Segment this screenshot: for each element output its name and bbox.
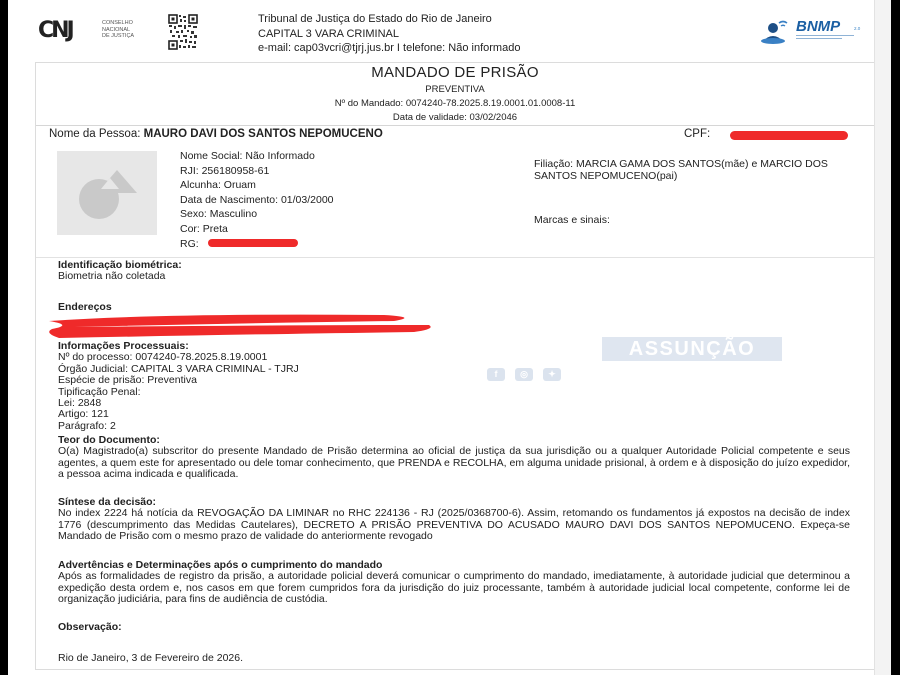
twitter-icon: ✦ bbox=[543, 368, 561, 381]
warrant-validity: Data de validade: 03/02/2046 bbox=[36, 112, 874, 123]
bnmp-logo-subtitle bbox=[796, 35, 854, 40]
cpf-field: CPF: bbox=[684, 128, 710, 140]
section-divider bbox=[36, 257, 874, 258]
decision-summary-section: Síntese da decisão: No index 2224 há not… bbox=[58, 497, 850, 543]
place-date: Rio de Janeiro, 3 de Fevereiro de 2026. bbox=[58, 653, 243, 664]
social-name: Nome Social: Não Informado bbox=[180, 149, 334, 164]
instagram-icon: ◎ bbox=[515, 368, 533, 381]
rg-redaction bbox=[208, 239, 298, 247]
bnmp-person-icon bbox=[760, 18, 794, 44]
warrant-document: MANDADO DE PRISÃO PREVENTIVA Nº do Manda… bbox=[35, 62, 875, 670]
cnj-logo-text: CONSELHO NACIONAL DE JUSTIÇA bbox=[102, 20, 134, 40]
observation-section: Observação: bbox=[58, 622, 122, 633]
person-name-label: Nome da Pessoa: bbox=[49, 128, 144, 140]
court-unit: CAPITAL 3 VARA CRIMINAL bbox=[258, 27, 520, 42]
warrant-type: PREVENTIVA bbox=[36, 84, 874, 95]
person-name: MAURO DAVI DOS SANTOS NEPOMUCENO bbox=[144, 128, 383, 140]
qr-code-icon bbox=[168, 14, 198, 50]
decision-summary-text: No index 2224 há notícia da REVOGAÇÃO DA… bbox=[58, 508, 850, 542]
image-placeholder-icon bbox=[57, 151, 157, 235]
court-contact: e-mail: cap03vcri@tjrj.jus.br I telefone… bbox=[258, 41, 520, 56]
arrest-type: Espécie de prisão: Preventiva bbox=[58, 375, 299, 386]
sex: Sexo: Masculino bbox=[180, 207, 334, 222]
warrant-number: Nº do Mandado: 0074240-78.2025.8.19.0001… bbox=[36, 98, 874, 109]
biometric-value: Biometria não coletada bbox=[58, 271, 182, 282]
warnings-text: Após as formalidades de registro da pris… bbox=[58, 571, 850, 605]
page-header: CNJ CONSELHO NACIONAL DE JUSTIÇA bbox=[8, 0, 874, 62]
court-name: Tribunal de Justiça do Estado do Rio de … bbox=[258, 12, 520, 27]
warrant-title-block: MANDADO DE PRISÃO PREVENTIVA Nº do Manda… bbox=[36, 63, 874, 126]
observation-heading: Observação: bbox=[58, 622, 122, 633]
birth-date: Data de Nascimento: 01/03/2000 bbox=[180, 193, 334, 208]
person-details: Nome Social: Não Informado RJI: 25618095… bbox=[180, 149, 334, 251]
marks-and-signs: Marcas e sinais: bbox=[534, 214, 610, 226]
process-info-section: Informações Processuais: Nº do processo:… bbox=[58, 341, 299, 432]
warrant-title: MANDADO DE PRISÃO bbox=[36, 64, 874, 81]
cpf-label: CPF: bbox=[684, 128, 710, 140]
rg-label: RG: bbox=[180, 238, 199, 250]
address-redaction bbox=[44, 311, 434, 341]
court-info: Tribunal de Justiça do Estado do Rio de … bbox=[258, 12, 520, 56]
cnj-logo: CNJ CONSELHO NACIONAL DE JUSTIÇA bbox=[38, 16, 148, 44]
cpf-redaction bbox=[730, 131, 848, 140]
rji: RJI: 256180958-61 bbox=[180, 164, 334, 179]
facebook-icon: f bbox=[487, 368, 505, 381]
alias: Alcunha: Oruam bbox=[180, 178, 334, 193]
paragraph: Parágrafo: 2 bbox=[58, 421, 299, 432]
cnj-logo-mark: CNJ bbox=[38, 18, 72, 43]
document-page: CNJ CONSELHO NACIONAL DE JUSTIÇA bbox=[8, 0, 890, 675]
watermark-text: ASSUNÇÃO bbox=[602, 337, 782, 361]
person-name-field: Nome da Pessoa: MAURO DAVI DOS SANTOS NE… bbox=[49, 128, 383, 140]
skin-color: Cor: Preta bbox=[180, 222, 334, 237]
bnmp-logo-text: BNMP bbox=[796, 18, 840, 35]
person-photo-placeholder bbox=[57, 151, 157, 235]
bnmp-logo: BNMP 2.0 bbox=[760, 16, 870, 46]
bnmp-logo-version: 2.0 bbox=[854, 26, 860, 31]
filiation: Filiação: MARCIA GAMA DOS SANTOS(mãe) e … bbox=[534, 159, 854, 182]
document-content-section: Teor do Documento: O(a) Magistrado(a) su… bbox=[58, 435, 850, 481]
page-margin bbox=[874, 0, 891, 675]
warnings-section: Advertências e Determinações após o cump… bbox=[58, 560, 850, 606]
biometric-section: Identificação biométrica: Biometria não … bbox=[58, 260, 182, 283]
teor-text: O(a) Magistrado(a) subscritor do present… bbox=[58, 446, 850, 480]
